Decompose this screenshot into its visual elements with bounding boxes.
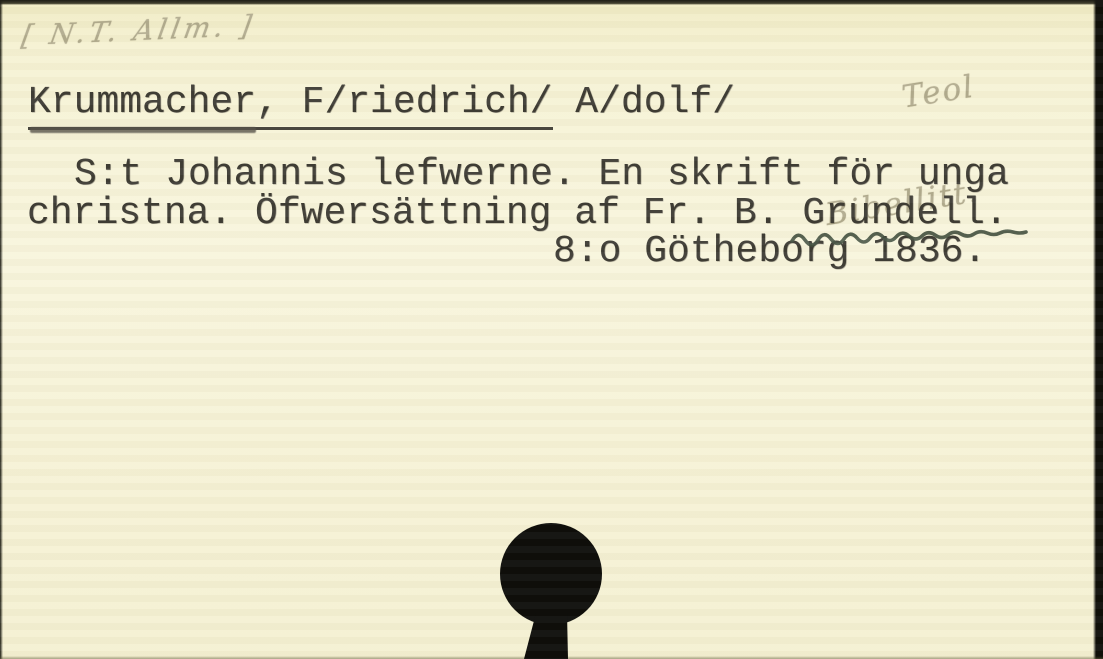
wavy-underline-icon [790,227,1034,251]
pencil-annotation-top-left: [ N.T. Allm. ] [19,9,258,52]
author-heading-rest: A/dolf/ [553,81,735,124]
author-heading-underlined: Krummacher, F/riedrich/ [28,81,553,130]
scan-edge-right [1093,0,1103,659]
author-heading: Krummacher, F/riedrich/ A/dolf/ [28,84,735,122]
title-line-1: S:t Johannis lefwerne. En skrift för ung… [74,156,1009,194]
pencil-annotation-line1: Teol [899,52,1080,115]
catalog-card-scan: [ N.T. Allm. ] Teol Bibellitt. Krummache… [0,0,1103,659]
scan-edge-left [0,0,3,659]
heading-heavy-underline [30,127,256,133]
hole-punch-icon [492,521,614,659]
